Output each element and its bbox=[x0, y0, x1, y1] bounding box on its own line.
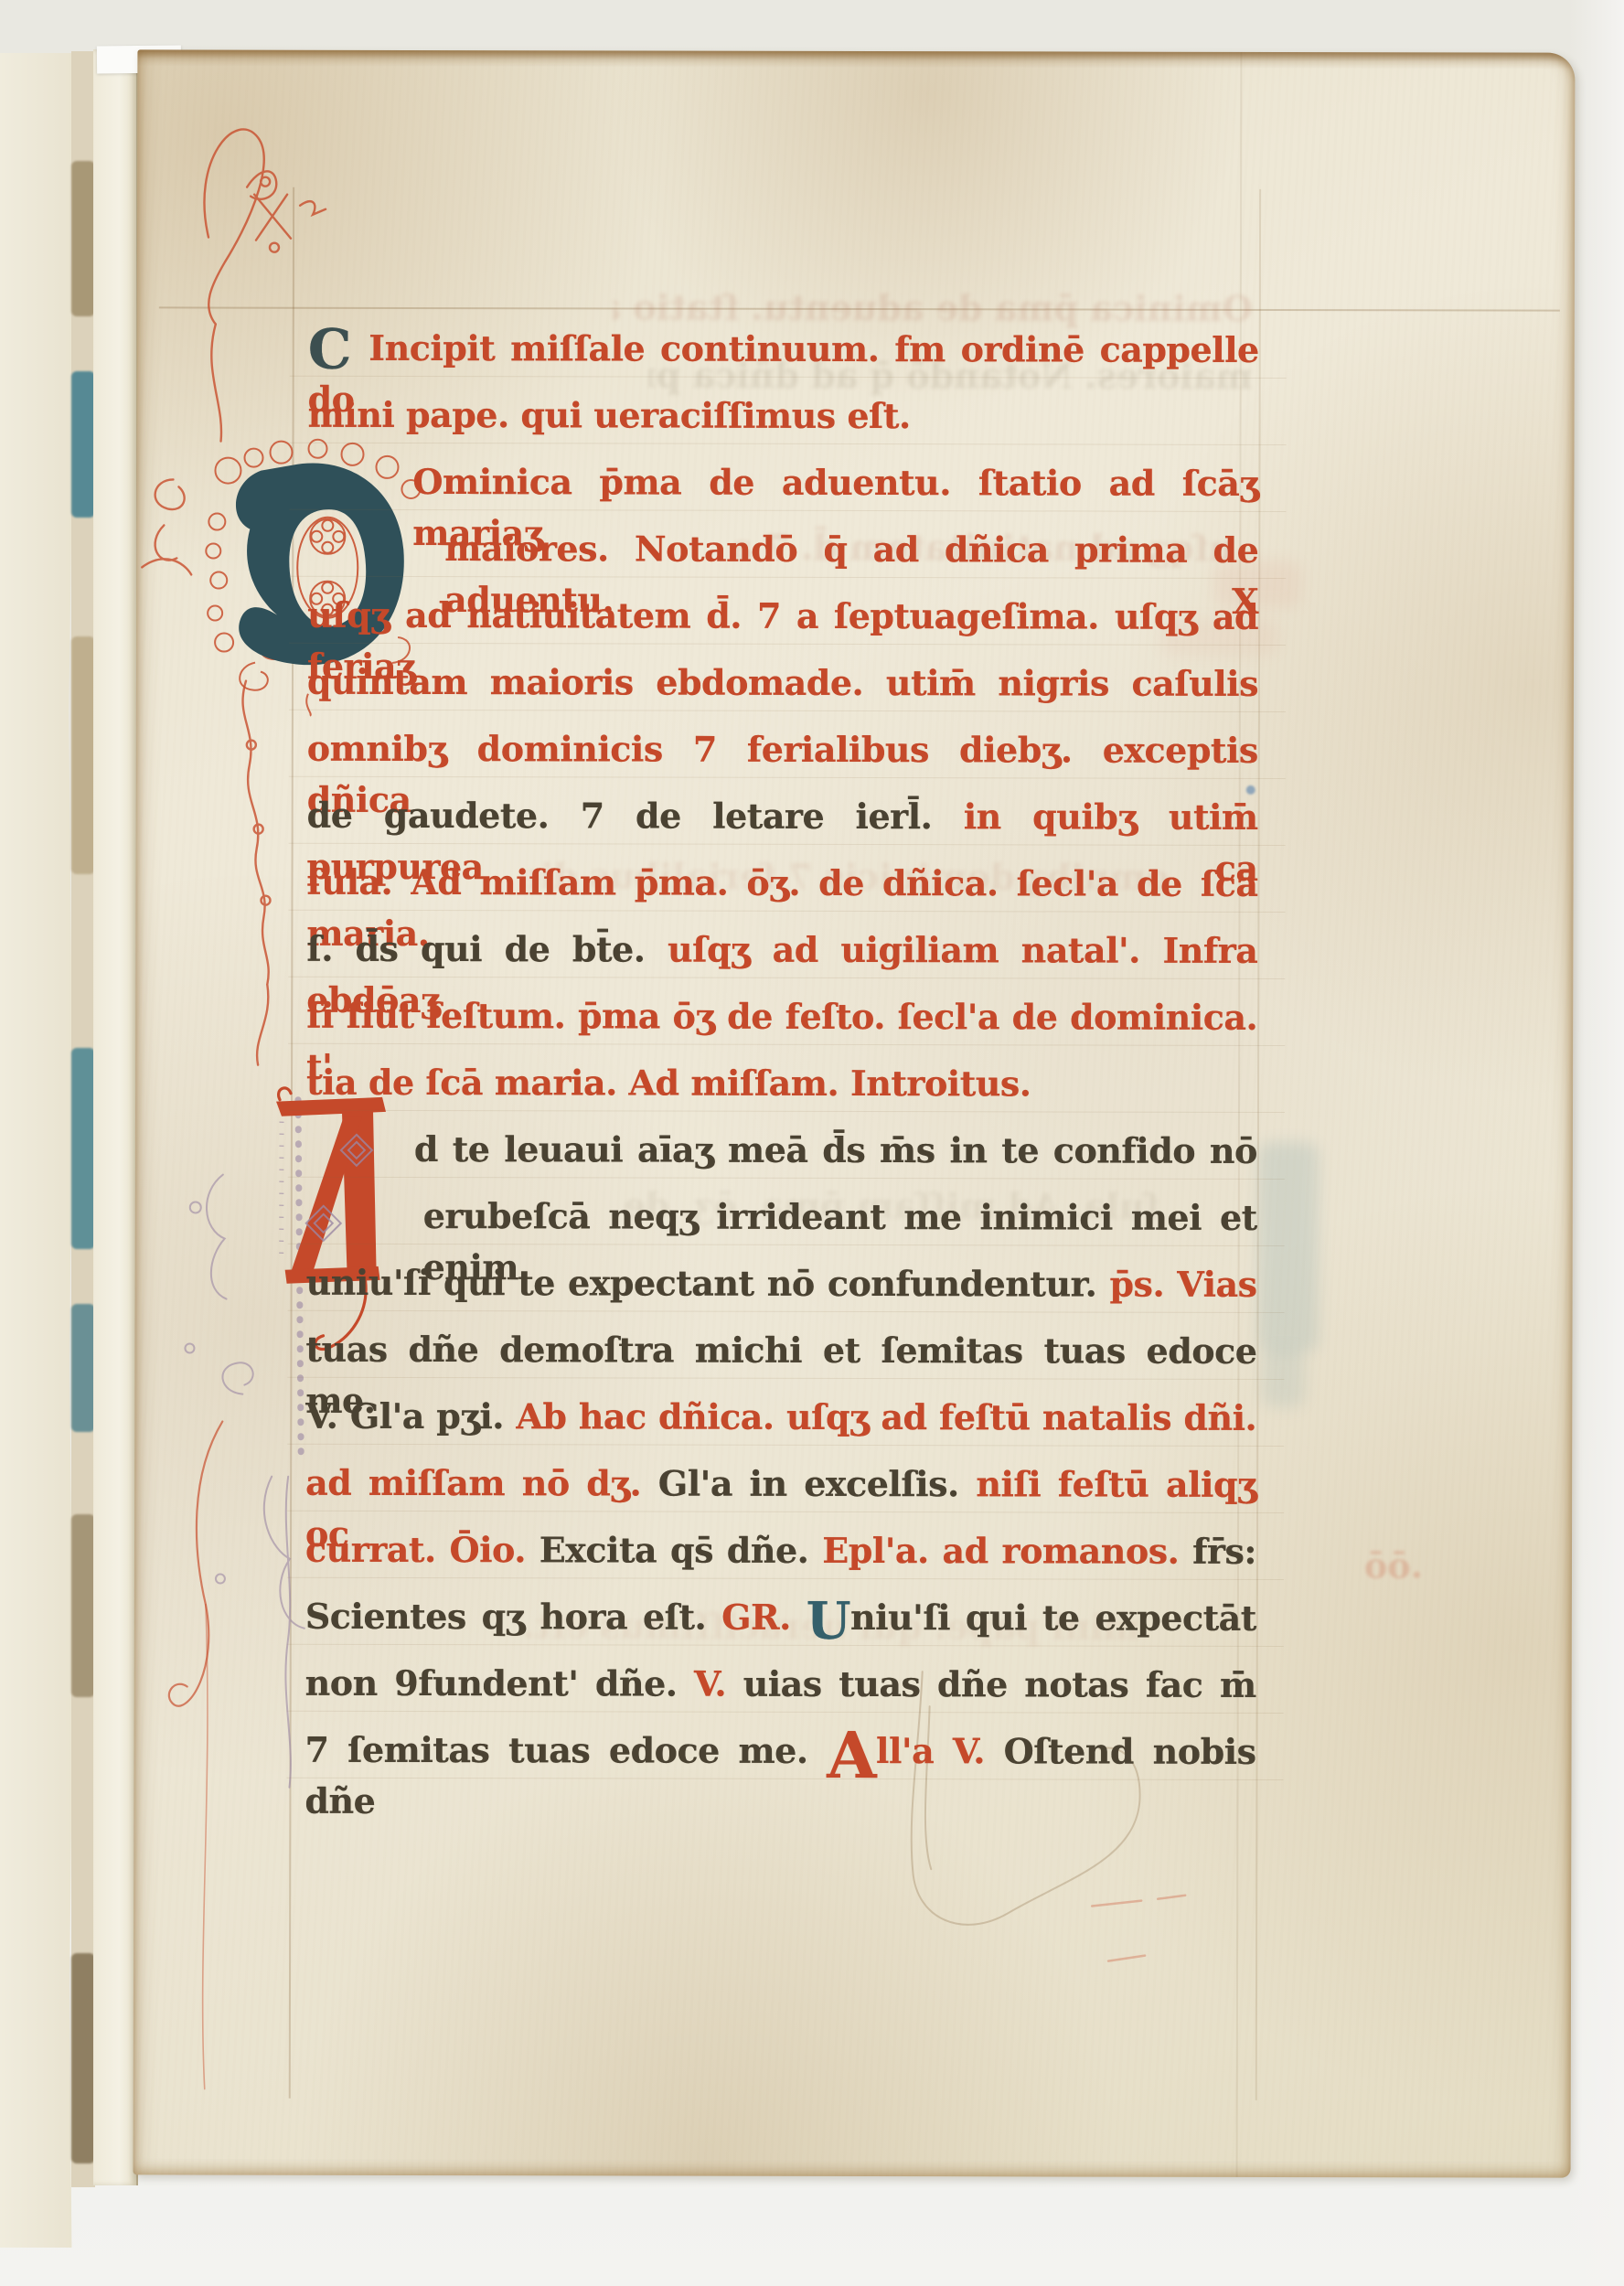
text-segment: Excita qs̄ dñe. bbox=[540, 1529, 823, 1571]
showthrough-teal-blob bbox=[1257, 1142, 1318, 1352]
text-segment: U bbox=[807, 1591, 850, 1651]
erased-rubric-marks: ōō. bbox=[1364, 1544, 1423, 1586]
text-line: quintam maioris ebdomade. utim̄ nigris c… bbox=[307, 657, 1258, 713]
gutter-blue-fragment bbox=[71, 1304, 95, 1432]
text-segment: mini pape. qui ueraciſſimus eſt. bbox=[308, 394, 911, 436]
showthrough-layer: Ominica p̄ma de aduentu. ſtatio ad ſcāʒ … bbox=[137, 49, 1575, 52]
text-segment: ll'a V. bbox=[876, 1730, 1004, 1771]
text-segment: ſ. d̄s qui de bt̄e. bbox=[306, 928, 668, 970]
text-segment: de gaudete. 7 de letare ierl̄. bbox=[307, 795, 964, 838]
text-line: erubeſcā neqʒ irrideant me inimici mei e… bbox=[423, 1191, 1257, 1247]
text-line: Ominica p̄ma de aduentu. ſtatio ad ſcāʒ … bbox=[412, 456, 1258, 513]
text-segment: C bbox=[308, 318, 354, 382]
text-segment: V. Gl'a pʒi. bbox=[305, 1395, 516, 1437]
text-segment: quintam maioris ebdomade. utim̄ nigris c… bbox=[307, 661, 1258, 704]
text-segment: Scientes qʒ hora eſt. bbox=[305, 1596, 721, 1638]
binding-stub bbox=[93, 49, 138, 2185]
gutter-damage-patch bbox=[71, 161, 95, 316]
text-line: ſi fiūt feſtum. p̄ma ōʒ de feſto. ſecl'a… bbox=[306, 990, 1257, 1047]
text-line: C Incipit miſſale continuum. fm ordinē c… bbox=[308, 323, 1259, 379]
gutter-damage-patch bbox=[71, 1514, 95, 1697]
text-segment: Gl'a in excelſis. bbox=[658, 1463, 977, 1505]
text-segment: A bbox=[827, 1717, 876, 1793]
text-segment: niu'ſi qui te expectāt bbox=[850, 1597, 1256, 1639]
text-line: 7 ſemitas tuas edoce me. All'a V. Oſtend… bbox=[304, 1725, 1255, 1781]
ruling-horizontal-top bbox=[159, 306, 1560, 311]
text-segment: Epl'a. ad romanos. bbox=[822, 1530, 1192, 1572]
text-segment: fr̄s: bbox=[1192, 1531, 1256, 1572]
text-line: ſ. d̄s qui de bt̄e. uſqʒ ad uigiliam nat… bbox=[306, 924, 1257, 980]
background-right bbox=[1569, 0, 1624, 2286]
text-block: C Incipit miſſale continuum. fm ordinē c… bbox=[304, 323, 1258, 1788]
gutter-damage-patch bbox=[71, 636, 95, 874]
text-line: currat. Ōio. Excita qs̄ dñe. Epl'a. ad r… bbox=[305, 1524, 1256, 1581]
text-segment: ad miſſam nō dʒ. bbox=[305, 1462, 658, 1504]
parchment-leaf: Ominica p̄ma de aduentu. ſtatio ad ſcāʒ … bbox=[134, 49, 1576, 2177]
text-line: ſula. Ad miſſam p̄ma. ōʒ. de dñica. ſecl… bbox=[306, 857, 1257, 913]
text-segment: V. bbox=[694, 1663, 743, 1704]
text-line: d te leuaui aīaʒ meā d̄s m̄s in te confi… bbox=[414, 1124, 1257, 1180]
text-segment: non 9fundent' dñe. bbox=[305, 1662, 694, 1704]
text-line: uſqʒ ad natiuitatem d̄. 7 a ſeptuageſima… bbox=[307, 590, 1258, 646]
text-segment: p̄s. Vias bbox=[1109, 1264, 1256, 1305]
gutter-damage-patch bbox=[71, 1953, 95, 2163]
text-line: maiores. Notandō q̄ ad dñica prima de ad… bbox=[444, 523, 1258, 580]
text-segment: GR. bbox=[721, 1597, 807, 1638]
text-segment: currat. Ōio. bbox=[305, 1529, 540, 1571]
text-line: tuas dñe demoſtra michi et ſemitas tuas … bbox=[305, 1324, 1256, 1381]
text-line: de gaudete. 7 de letare ierl̄. in quibʒ … bbox=[307, 790, 1258, 847]
text-segment: Ab hac dñica. uſqʒ ad feſtū natalis dñi. bbox=[516, 1395, 1256, 1438]
text-line: non 9fundent' dñe. V. uias tuas dñe nota… bbox=[305, 1658, 1256, 1714]
manuscript-photo: Ominica p̄ma de aduentu. ſtatio ad ſcāʒ … bbox=[0, 0, 1624, 2286]
text-line: V. Gl'a pʒi. Ab hac dñica. uſqʒ ad feſtū… bbox=[305, 1391, 1256, 1447]
ruling-vertical-left bbox=[289, 187, 294, 2099]
facing-leaf-edge bbox=[0, 53, 73, 2248]
text-line: mini pape. qui ueraciſſimus eſt. bbox=[308, 390, 1259, 446]
text-segment: uniu'ſi qui te expectant nō confundentur… bbox=[306, 1262, 1110, 1305]
binding-gutter bbox=[71, 51, 95, 2187]
gutter-blue-fragment bbox=[71, 371, 95, 518]
text-line: omnibʒ dominicis 7 ferialibus diebʒ. exc… bbox=[307, 723, 1258, 780]
text-segment: tia de ſcā maria. Ad miſſam. Introitus. bbox=[306, 1062, 1031, 1105]
text-line: tia de ſcā maria. Ad miſſam. Introitus. bbox=[306, 1057, 1257, 1114]
text-line: Scientes qʒ hora eſt. GR. Uniu'ſi qui te… bbox=[305, 1591, 1256, 1648]
text-segment: d te leuaui aīaʒ meā d̄s m̄s in te confi… bbox=[414, 1128, 1257, 1171]
text-segment: uias tuas dñe notas fac m̄ bbox=[743, 1663, 1256, 1705]
text-line: uniu'ſi qui te expectant nō confundentur… bbox=[306, 1257, 1257, 1314]
gutter-blue-fragment bbox=[71, 1048, 95, 1249]
text-line: ad miſſam nō dʒ. Gl'a in excelſis. niſi … bbox=[305, 1458, 1256, 1514]
text-segment: 7 ſemitas tuas edoce me. bbox=[304, 1729, 827, 1771]
